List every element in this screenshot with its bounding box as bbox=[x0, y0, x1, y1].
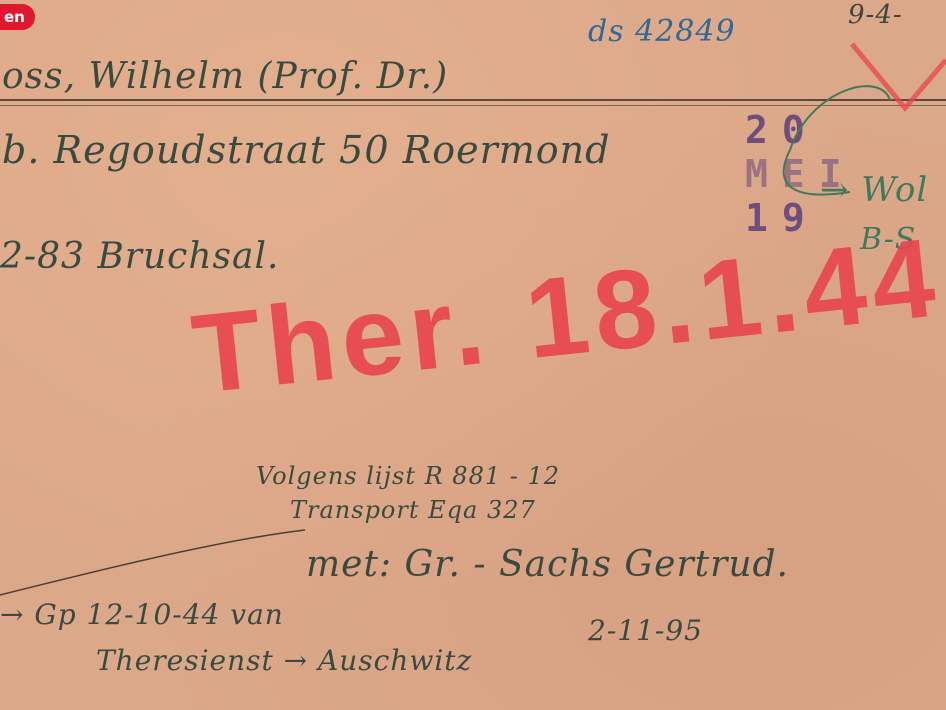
green-arrow-icon bbox=[784, 150, 850, 195]
red-check-mark-icon bbox=[852, 44, 946, 108]
green-curve-stroke bbox=[790, 86, 890, 150]
pen-strokes bbox=[0, 0, 946, 710]
pencil-connector-line bbox=[0, 530, 305, 595]
archive-index-card: en ds 42849 9-4- oss, Wilhelm (Prof. Dr.… bbox=[0, 0, 946, 710]
